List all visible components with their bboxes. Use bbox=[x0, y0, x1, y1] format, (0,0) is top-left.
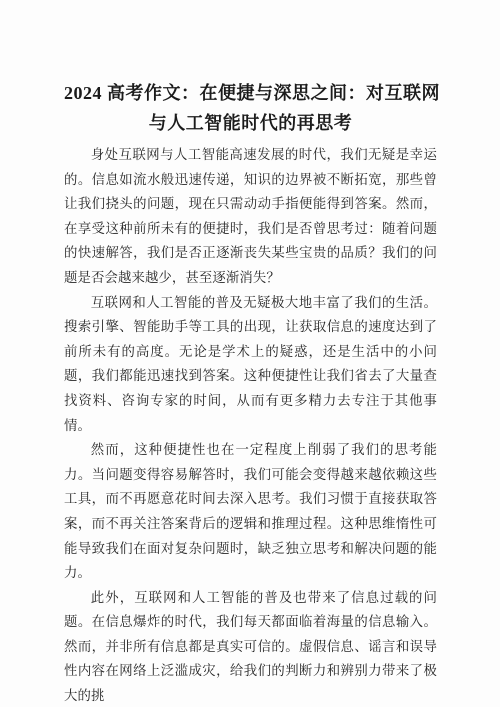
essay-paragraph-1: 身处互联网与人工智能高速发展的时代，我们无疑是幸运的。信息如流水般迅速传递，知识… bbox=[64, 143, 437, 291]
essay-body: 身处互联网与人工智能高速发展的时代，我们无疑是幸运的。信息如流水般迅速传递，知识… bbox=[64, 143, 437, 707]
essay-paragraph-3: 然而，这种便捷性也在一定程度上削弱了我们的思考能力。当问题变得容易解答时，我们可… bbox=[64, 438, 437, 586]
essay-title-line-1: 2024 高考作文：在便捷与深思之间：对互联网 bbox=[64, 78, 437, 108]
essay-title: 2024 高考作文：在便捷与深思之间：对互联网 与人工智能时代的再思考 bbox=[64, 78, 437, 138]
essay-paragraph-4: 此外，互联网和人工智能的普及也带来了信息过载的问题。在信息爆炸的时代，我们每天都… bbox=[64, 586, 437, 707]
essay-paragraph-2: 互联网和人工智能的普及无疑极大地丰富了我们的生活。搜索引擎、智能助手等工具的出现… bbox=[64, 291, 437, 439]
document-page: 2024 高考作文：在便捷与深思之间：对互联网 与人工智能时代的再思考 身处互联… bbox=[0, 0, 500, 707]
essay-title-line-2: 与人工智能时代的再思考 bbox=[64, 108, 437, 138]
